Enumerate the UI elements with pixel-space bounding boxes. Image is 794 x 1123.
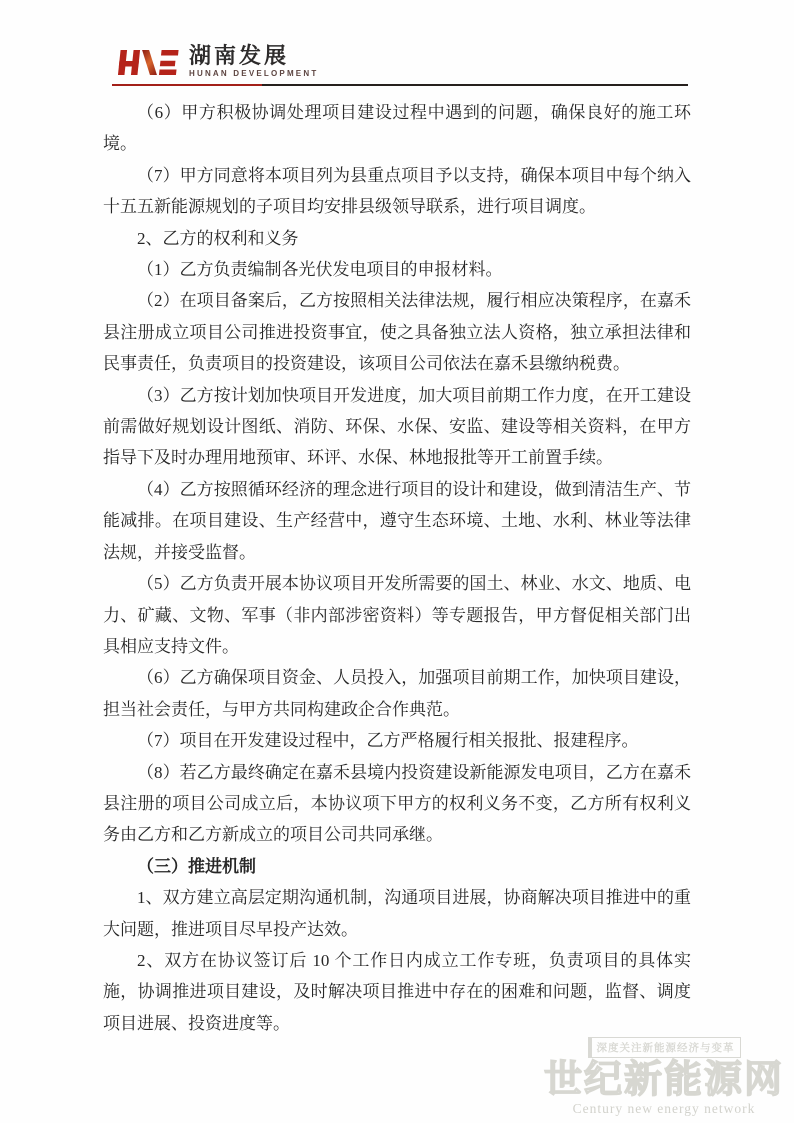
letterhead: 湖南发展 HUNAN DEVELOPMENT bbox=[118, 44, 318, 79]
section-heading-party-b: 2、乙方的权利和义务 bbox=[103, 223, 691, 254]
paragraph-a7: （7）甲方同意将本项目列为县重点项目予以支持，确保本项目中每个纳入十五五新能源规… bbox=[103, 160, 691, 223]
watermark-slogan: 深度关注新能源经济与变革 bbox=[588, 1037, 741, 1058]
paragraph-b4: （4）乙方按照循环经济的理念进行项目的设计和建设，做到清洁生产、节能减排。在项目… bbox=[103, 474, 691, 568]
paragraph-b6: （6）乙方确保项目资金、人员投入，加强项目前期工作，加快项目建设，担当社会责任，… bbox=[103, 662, 691, 725]
watermark-site-name-en: Century new energy network bbox=[538, 1101, 790, 1117]
document-page: 湖南发展 HUNAN DEVELOPMENT （6）甲方积极协调处理项目建设过程… bbox=[0, 0, 794, 1123]
paragraph-b1: （1）乙方负责编制各光伏发电项目的申报材料。 bbox=[103, 254, 691, 285]
company-name-cn: 湖南发展 bbox=[189, 44, 318, 68]
paragraph-b5: （5）乙方负责开展本协议项目开发所需要的国土、林业、水文、地质、电力、矿藏、文物… bbox=[103, 568, 691, 662]
paragraph-m2: 2、双方在协议签订后 10 个工作日内成立工作专班，负责项目的具体实施，协调推进… bbox=[103, 945, 691, 1039]
letterhead-rule bbox=[112, 84, 688, 86]
logo-names: 湖南发展 HUNAN DEVELOPMENT bbox=[189, 44, 318, 79]
company-name-en: HUNAN DEVELOPMENT bbox=[189, 68, 318, 79]
paragraph-b2: （2）在项目备案后，乙方按照相关法律法规，履行相应决策程序，在嘉禾县注册成立项目… bbox=[103, 285, 691, 379]
paragraph-m1: 1、双方建立高层定期沟通机制，沟通项目进展，协商解决项目推进中的重大问题，推进项… bbox=[103, 882, 691, 945]
paragraph-b7: （7）项目在开发建设过程中，乙方严格履行相关报批、报建程序。 bbox=[103, 725, 691, 756]
paragraph-b8: （8）若乙方最终确定在嘉禾县境内投资建设新能源发电项目，乙方在嘉禾县注册的项目公… bbox=[103, 757, 691, 851]
paragraph-b3: （3）乙方按计划加快项目开发进度，加大项目前期工作力度，在开工建设前需做好规划设… bbox=[103, 380, 691, 474]
watermark-site-name: 世纪新能源网 bbox=[538, 1059, 790, 1101]
letterhead-rule-dark-segment bbox=[262, 84, 688, 86]
document-body: （6）甲方积极协调处理项目建设过程中遇到的问题，确保良好的施工环境。 （7）甲方… bbox=[103, 97, 691, 1039]
watermark: 深度关注新能源经济与变革 世纪新能源网 Century new energy n… bbox=[538, 1037, 790, 1117]
paragraph-a6: （6）甲方积极协调处理项目建设过程中遇到的问题，确保良好的施工环境。 bbox=[103, 97, 691, 160]
hne-logo-icon bbox=[118, 46, 180, 78]
letterhead-rule-red-segment bbox=[112, 84, 262, 86]
section-heading-mechanism: （三）推进机制 bbox=[103, 851, 691, 882]
